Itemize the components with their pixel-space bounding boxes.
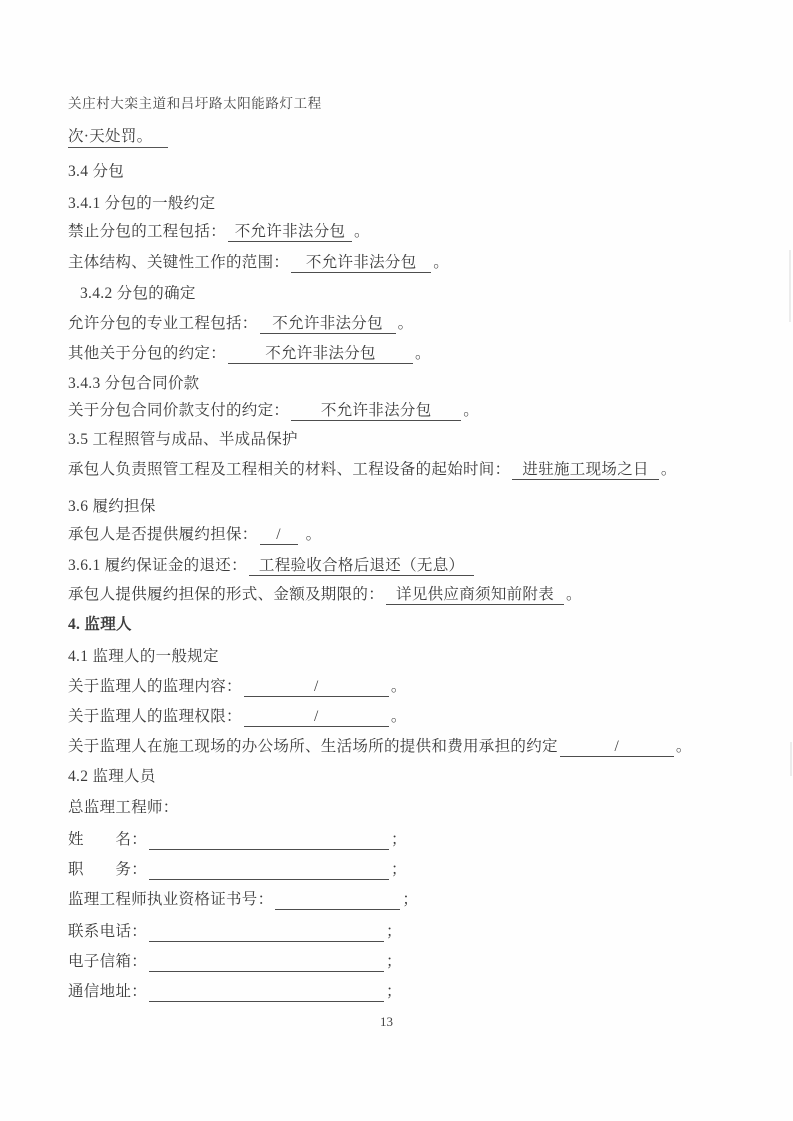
line-label: 次·天处罚。 bbox=[68, 128, 168, 148]
line-suffix: 。 bbox=[391, 678, 407, 695]
page-number: 13 bbox=[380, 1014, 393, 1030]
clause-3-4-1-heading: 3.4.1 分包的一般约定 bbox=[68, 194, 215, 214]
blank-underline bbox=[149, 952, 384, 972]
blank-value: 不允许非法分包 bbox=[235, 223, 346, 240]
blank-underline: / bbox=[560, 737, 674, 757]
line-label: 关于监理人的监理权限： bbox=[68, 708, 242, 725]
field-performance-security-provided: 承包人是否提供履约担保：/。 bbox=[68, 525, 321, 545]
clause-3-4-2-heading: 3.4.2 分包的确定 bbox=[80, 284, 196, 304]
blank-value: 详见供应商须知前附表 bbox=[396, 586, 554, 603]
line-label: 关于分包合同价款支付的约定： bbox=[68, 402, 289, 419]
line-label: 其他关于分包的约定： bbox=[68, 345, 226, 362]
blank-underline: 不允许非法分包 bbox=[291, 401, 461, 421]
sentence-continuation: 次·天处罚。 bbox=[68, 127, 168, 147]
line-label: 电子信箱： bbox=[68, 953, 147, 970]
line-label: 主体结构、关键性工作的范围： bbox=[68, 254, 289, 271]
label-chief-supervisor: 总监理工程师： bbox=[68, 798, 179, 818]
blank-underline bbox=[275, 890, 400, 910]
line-label: 承包人是否提供履约担保： bbox=[68, 526, 258, 543]
blank-underline: 不允许非法分包 bbox=[260, 314, 396, 334]
line-suffix: 。 bbox=[354, 223, 370, 240]
blank-value: / bbox=[615, 738, 620, 755]
clause-3-5-heading: 3.5 工程照管与成品、半成品保护 bbox=[68, 430, 298, 450]
field-allowed-subcontract-works: 允许分包的专业工程包括：不允许非法分包。 bbox=[68, 314, 413, 334]
blank-value: 不允许非法分包 bbox=[265, 345, 376, 362]
line-label: 姓 名： bbox=[68, 831, 147, 848]
field-subcontract-payment-terms: 关于分包合同价款支付的约定：不允许非法分包。 bbox=[68, 401, 479, 421]
line-suffix: 。 bbox=[306, 526, 322, 543]
line-suffix: 。 bbox=[398, 315, 414, 332]
clause-3-4-3-heading: 3.4.3 分包合同价款 bbox=[68, 374, 199, 394]
line-label: 3.4.1 分包的一般约定 bbox=[68, 195, 215, 212]
clause-4-1-heading: 4.1 监理人的一般规定 bbox=[68, 647, 219, 667]
line-suffix: ； bbox=[402, 891, 418, 908]
clause-3-4-heading: 3.4 分包 bbox=[68, 162, 124, 182]
line-label: 禁止分包的工程包括： bbox=[68, 223, 226, 240]
blank-value: 不允许非法分包 bbox=[306, 254, 417, 271]
field-supervision-authority: 关于监理人的监理权限：/。 bbox=[68, 707, 407, 727]
line-label: 监理工程师执业资格证书号： bbox=[68, 891, 273, 908]
field-certificate-no: 监理工程师执业资格证书号：； bbox=[68, 890, 418, 910]
field-name: 姓 名：； bbox=[68, 830, 407, 850]
blank-value: 不允许非法分包 bbox=[272, 315, 383, 332]
line-suffix: ； bbox=[386, 983, 402, 1000]
line-suffix: ； bbox=[386, 953, 402, 970]
blank-value: / bbox=[314, 678, 319, 695]
scan-artifact bbox=[790, 742, 792, 776]
line-suffix: ； bbox=[386, 923, 402, 940]
blank-underline: 不允许非法分包 bbox=[228, 222, 352, 242]
line-label: 承包人负责照管工程及工程相关的材料、工程设备的起始时间： bbox=[68, 461, 510, 478]
line-label: 承包人提供履约担保的形式、金额及期限的： bbox=[68, 586, 384, 603]
field-other-subcontract-terms: 其他关于分包的约定：不允许非法分包。 bbox=[68, 344, 431, 364]
line-label: 3.6.1 履约保证金的退还： bbox=[68, 557, 247, 574]
blank-underline: / bbox=[244, 677, 389, 697]
blank-value: / bbox=[276, 526, 281, 543]
field-prohibited-subcontract-scope: 禁止分包的工程包括：不允许非法分包。 bbox=[68, 222, 370, 242]
line-label: 4.1 监理人的一般规定 bbox=[68, 648, 219, 665]
field-key-structure-scope: 主体结构、关键性工作的范围：不允许非法分包。 bbox=[68, 253, 449, 273]
field-supervisor-site-office: 关于监理人在施工现场的办公场所、生活场所的提供和费用承担的约定/。 bbox=[68, 737, 692, 757]
line-label: 联系电话： bbox=[68, 923, 147, 940]
field-phone: 联系电话：； bbox=[68, 922, 402, 942]
blank-underline bbox=[149, 830, 389, 850]
line-suffix: 。 bbox=[391, 708, 407, 725]
document-page: 关庄村大栾主道和吕圩路太阳能路灯工程 次·天处罚。 3.4 分包 3.4.1 分… bbox=[0, 0, 793, 1121]
blank-value: 工程验收合格后退还（无息） bbox=[259, 557, 464, 574]
line-label: 关于监理人在施工现场的办公场所、生活场所的提供和费用承担的约定 bbox=[68, 738, 558, 755]
field-address: 通信地址：； bbox=[68, 982, 402, 1002]
field-security-refund: 3.6.1 履约保证金的退还：工程验收合格后退还（无息） bbox=[68, 556, 476, 576]
project-title: 关庄村大栾主道和吕圩路太阳能路灯工程 bbox=[68, 96, 322, 111]
line-label: 通信地址： bbox=[68, 983, 147, 1000]
line-suffix: 。 bbox=[676, 738, 692, 755]
line-suffix: 。 bbox=[433, 254, 449, 271]
blank-value: / bbox=[314, 708, 319, 725]
scan-artifact bbox=[789, 250, 791, 322]
line-label: 3.5 工程照管与成品、半成品保护 bbox=[68, 431, 298, 448]
field-care-start-time: 承包人负责照管工程及工程相关的材料、工程设备的起始时间：进驻施工现场之日。 bbox=[68, 460, 677, 480]
field-position: 职 务：； bbox=[68, 860, 407, 880]
blank-underline bbox=[149, 982, 384, 1002]
blank-value: 不允许非法分包 bbox=[321, 402, 432, 419]
line-label: 允许分包的专业工程包括： bbox=[68, 315, 258, 332]
blank-underline: 进驻施工现场之日 bbox=[512, 460, 658, 480]
blank-underline: 不允许非法分包 bbox=[291, 253, 431, 273]
line-label: 3.6 履约担保 bbox=[68, 498, 156, 515]
running-header: 关庄村大栾主道和吕圩路太阳能路灯工程 bbox=[68, 94, 322, 114]
field-email: 电子信箱：； bbox=[68, 952, 402, 972]
blank-underline: / bbox=[244, 707, 389, 727]
clause-4-heading: 4. 监理人 bbox=[68, 615, 132, 635]
line-suffix: ； bbox=[391, 861, 407, 878]
line-label: 4.2 监理人员 bbox=[68, 768, 156, 785]
blank-underline: 工程验收合格后退还（无息） bbox=[249, 556, 474, 576]
line-suffix: 。 bbox=[566, 586, 582, 603]
field-supervision-content: 关于监理人的监理内容：/。 bbox=[68, 677, 407, 697]
line-suffix: 。 bbox=[415, 345, 431, 362]
line-label: 总监理工程师： bbox=[68, 799, 179, 816]
line-suffix: 。 bbox=[661, 461, 677, 478]
line-suffix: 。 bbox=[463, 402, 479, 419]
clause-4-2-heading: 4.2 监理人员 bbox=[68, 767, 156, 787]
line-label: 职 务： bbox=[68, 861, 147, 878]
blank-underline: 详见供应商须知前附表 bbox=[386, 585, 564, 605]
line-label: 关于监理人的监理内容： bbox=[68, 678, 242, 695]
line-label: 3.4 分包 bbox=[68, 163, 124, 180]
blank-underline: / bbox=[260, 525, 298, 545]
line-label: 4. 监理人 bbox=[68, 616, 132, 633]
clause-3-6-heading: 3.6 履约担保 bbox=[68, 497, 156, 517]
blank-value: 进驻施工现场之日 bbox=[522, 461, 648, 478]
blank-underline bbox=[149, 860, 389, 880]
blank-underline bbox=[149, 922, 384, 942]
line-label: 3.4.2 分包的确定 bbox=[80, 285, 196, 302]
blank-underline: 不允许非法分包 bbox=[228, 344, 413, 364]
line-suffix: ； bbox=[391, 831, 407, 848]
field-security-form-amount: 承包人提供履约担保的形式、金额及期限的：详见供应商须知前附表。 bbox=[68, 585, 582, 605]
line-label: 3.4.3 分包合同价款 bbox=[68, 375, 199, 392]
